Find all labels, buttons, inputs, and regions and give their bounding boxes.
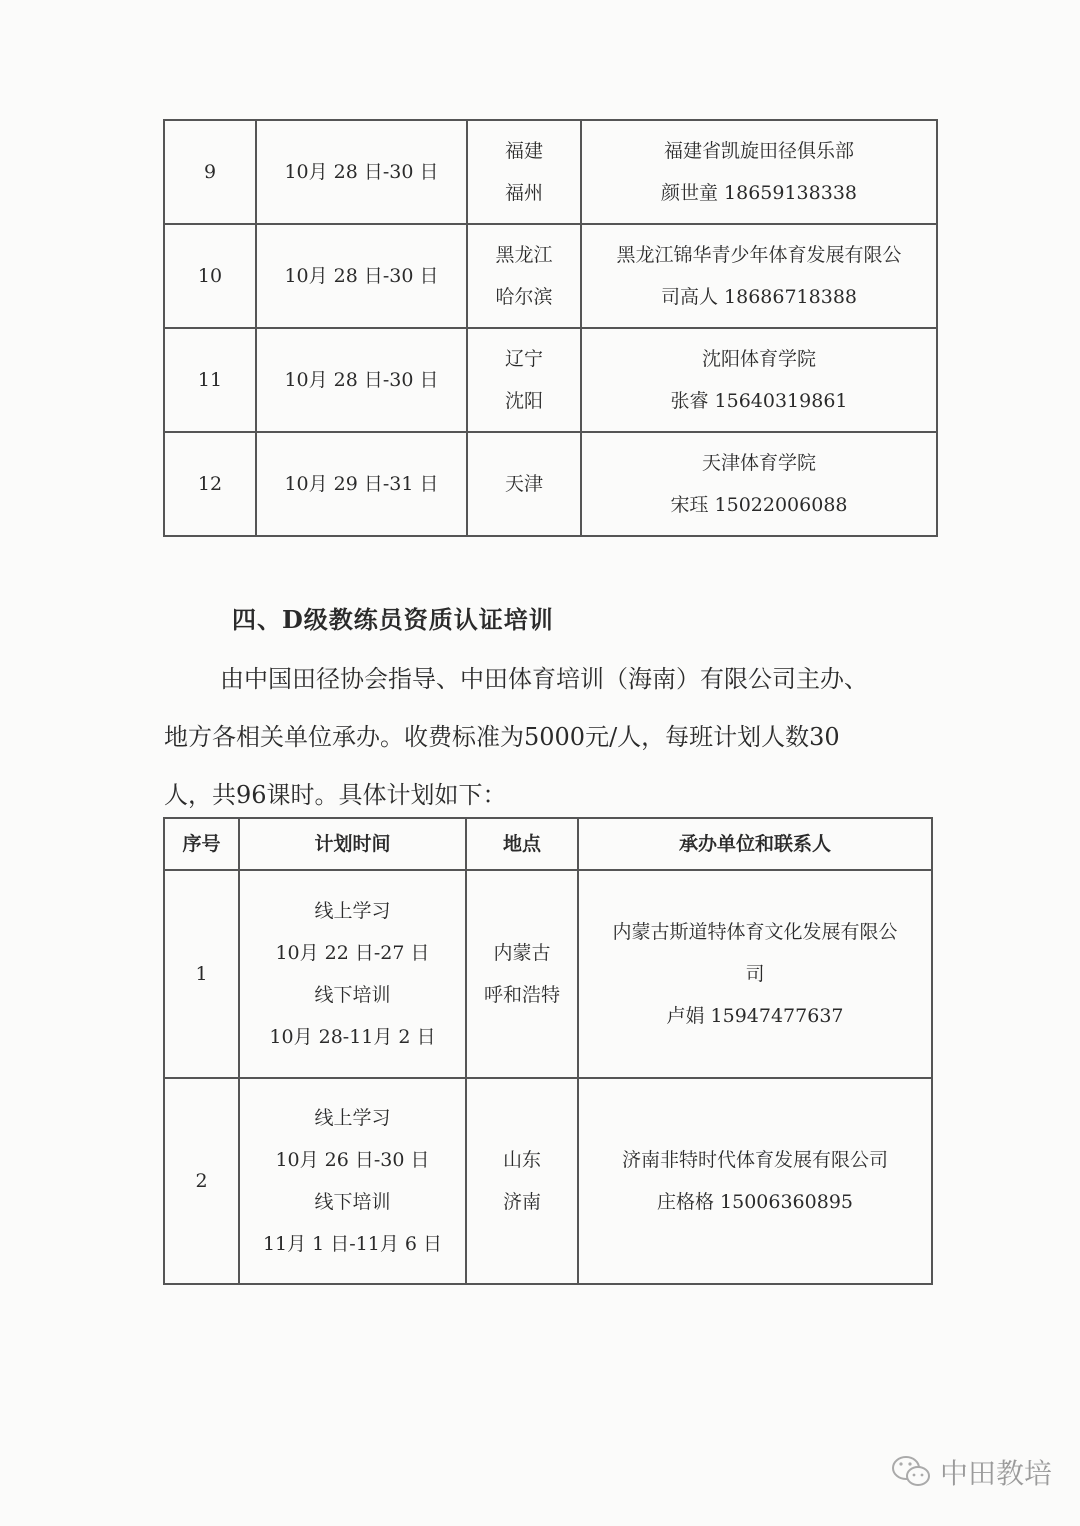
planned-time: 10月 29 日-31 日 (256, 432, 467, 536)
header-number: 序号 (164, 818, 239, 870)
table-row: 1 线上学习10月 22 日-27 日线下培训10月 28-11月 2 日 内蒙… (164, 870, 932, 1078)
planned-time: 10月 28 日-30 日 (256, 224, 467, 328)
d-level-schedule-table: 序号 计划时间 地点 承办单位和联系人 1 线上学习10月 22 日-27 日线… (163, 817, 933, 1285)
table-row: 10 10月 28 日-30 日 黑龙江哈尔滨 黑龙江锦华青少年体育发展有限公司… (164, 224, 937, 328)
location: 内蒙古呼和浩特 (466, 870, 578, 1078)
row-number: 9 (164, 120, 256, 224)
row-number: 2 (164, 1078, 239, 1284)
organizer-contact: 内蒙古斯道特体育文化发展有限公司卢娟 15947477637 (578, 870, 932, 1078)
organizer-contact: 黑龙江锦华青少年体育发展有限公司高人 18686718388 (581, 224, 937, 328)
section-heading: 四、D级教练员资质认证培训 (232, 600, 554, 635)
table-row: 9 10月 28 日-30 日 福建福州 福建省凯旋田径俱乐部颜世童 18659… (164, 120, 937, 224)
table-header-row: 序号 计划时间 地点 承办单位和联系人 (164, 818, 932, 870)
organizer-contact: 沈阳体育学院张睿 15640319861 (581, 328, 937, 432)
row-number: 12 (164, 432, 256, 536)
planned-time: 线上学习10月 26 日-30 日线下培训11月 1 日-11月 6 日 (239, 1078, 466, 1284)
planned-time: 10月 28 日-30 日 (256, 120, 467, 224)
location: 黑龙江哈尔滨 (467, 224, 581, 328)
watermark-text: 中田教培 (940, 1452, 1052, 1492)
row-number: 1 (164, 870, 239, 1078)
wechat-icon (890, 1454, 934, 1490)
table-row: 2 线上学习10月 26 日-30 日线下培训11月 1 日-11月 6 日 山… (164, 1078, 932, 1284)
planned-time: 线上学习10月 22 日-27 日线下培训10月 28-11月 2 日 (239, 870, 466, 1078)
location: 山东济南 (466, 1078, 578, 1284)
paragraph-line: 由中国田径协会指导、中田体育培训（海南）有限公司主办、 (164, 650, 934, 708)
location: 辽宁沈阳 (467, 328, 581, 432)
paragraph-line: 地方各相关单位承办。收费标准为5000元/人，每班计划人数30 (164, 708, 934, 766)
planned-time: 10月 28 日-30 日 (256, 328, 467, 432)
row-number: 11 (164, 328, 256, 432)
table-row: 11 10月 28 日-30 日 辽宁沈阳 沈阳体育学院张睿 156403198… (164, 328, 937, 432)
table-row: 12 10月 29 日-31 日 天津 天津体育学院宋珏 15022006088 (164, 432, 937, 536)
paragraph-line: 人，共96课时。具体计划如下： (164, 766, 934, 824)
section-paragraph: 由中国田径协会指导、中田体育培训（海南）有限公司主办、 地方各相关单位承办。收费… (164, 650, 934, 824)
organizer-contact: 福建省凯旋田径俱乐部颜世童 18659138338 (581, 120, 937, 224)
row-number: 10 (164, 224, 256, 328)
location: 福建福州 (467, 120, 581, 224)
training-schedule-table-upper: 9 10月 28 日-30 日 福建福州 福建省凯旋田径俱乐部颜世童 18659… (163, 119, 938, 537)
organizer-contact: 济南非特时代体育发展有限公司庄格格 15006360895 (578, 1078, 932, 1284)
header-location: 地点 (466, 818, 578, 870)
organizer-contact: 天津体育学院宋珏 15022006088 (581, 432, 937, 536)
header-organizer: 承办单位和联系人 (578, 818, 932, 870)
header-time: 计划时间 (239, 818, 466, 870)
location: 天津 (467, 432, 581, 536)
watermark: 中田教培 (890, 1452, 1052, 1492)
